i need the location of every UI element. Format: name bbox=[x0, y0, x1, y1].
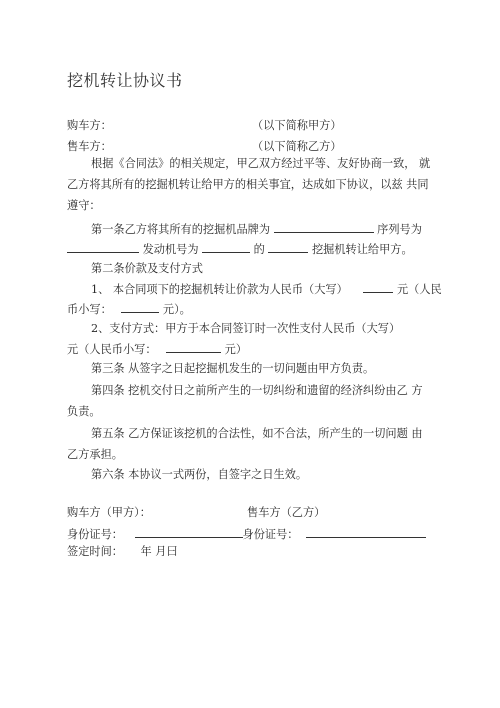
id-row: 身份证号： 身份证号： bbox=[67, 527, 426, 542]
article-2-item-2-cont: 元（人民币小写： 元） bbox=[67, 342, 247, 357]
serial-blank[interactable] bbox=[67, 242, 139, 253]
article-5-line-2: 乙方承担。 bbox=[67, 448, 123, 462]
signature-seller: 售车方（乙方） bbox=[247, 506, 325, 520]
buyer-label: 购车方： bbox=[67, 119, 112, 133]
signature-buyer: 购车方（甲方）： bbox=[67, 506, 151, 520]
serial-label: 序列号为 bbox=[377, 223, 422, 236]
buyer-id-blank[interactable] bbox=[135, 527, 243, 538]
article-5-line-1: 第五条 乙方保证该挖机的合法性，如不合法，所产生的一切问题 由 bbox=[91, 427, 423, 441]
intro-line-2: 乙方将其所有的挖掘机转让给甲方的相关事宜，达成如下协议，以兹 共同 bbox=[67, 178, 429, 192]
date-row: 签定时间： 年 月曰 bbox=[67, 545, 178, 559]
intro-line-3: 遵守： bbox=[67, 199, 101, 213]
article-4-line-2: 负责。 bbox=[67, 405, 101, 419]
article-1-text: 第一条乙方将其所有的挖掘机品牌为 bbox=[91, 223, 270, 236]
intro-line-1: 根据《合同法》的相关规定，甲乙双方经过平等、友好协商一致， 就 bbox=[91, 157, 430, 171]
price-lower-blank[interactable] bbox=[121, 302, 159, 313]
yuan-close: 元）。 bbox=[163, 303, 191, 316]
article-2-heading: 第二条价款及支付方式 bbox=[91, 262, 203, 276]
document-page: 挖机转让协议书 购车方： （以下简称甲方） 售车方： （以下简称乙方） 根据《合… bbox=[0, 0, 500, 708]
article-4-line-1: 第四条 挖机交付日之前所产生的一切纠纷和遗留的经济纠纷由乙 方 bbox=[91, 384, 423, 398]
engine-label: 发动机号为 bbox=[143, 243, 199, 256]
date-label: 签定时间： bbox=[67, 545, 123, 558]
price-text: 1、 本合同项下的挖掘机转让价款为人民币（大写） bbox=[91, 283, 348, 296]
article-2-item-2: 2、支付方式：甲方于本合同签订时一次性支付人民币（大写） bbox=[91, 322, 400, 336]
payment-lower-blank[interactable] bbox=[166, 342, 221, 353]
article-6: 第六条 本协议一式两份，自签字之日生效。 bbox=[91, 468, 307, 482]
article-1-line-1: 第一条乙方将其所有的挖掘机品牌为 序列号为 bbox=[91, 222, 422, 237]
model-blank[interactable] bbox=[268, 242, 308, 253]
seller-alias: （以下简称乙方） bbox=[252, 140, 342, 154]
seller-label: 售车方： bbox=[67, 140, 112, 154]
article-2-item-1-cont: 币小写： 元）。 bbox=[67, 302, 191, 317]
article-3: 第三条 从签字之日起挖掘机发生的一切问题由甲方负责。 bbox=[91, 362, 374, 376]
payment-yuan: 元） bbox=[225, 343, 247, 356]
transfer-text: 挖掘机转让给甲方。 bbox=[312, 243, 413, 256]
engine-blank[interactable] bbox=[202, 242, 250, 253]
yuan-label: 元（人民 bbox=[397, 283, 442, 296]
document-title: 挖机转让协议书 bbox=[67, 68, 183, 91]
price-lower-label: 币小写： bbox=[67, 303, 112, 316]
buyer-alias: （以下简称甲方） bbox=[252, 119, 342, 133]
brand-blank[interactable] bbox=[274, 222, 374, 233]
payment-lower-label: 元（人民币小写： bbox=[67, 343, 157, 356]
date-value: 年 月曰 bbox=[141, 545, 178, 558]
article-2-item-1: 1、 本合同项下的挖掘机转让价款为人民币（大写） 元（人民 bbox=[91, 282, 442, 297]
seller-id-blank[interactable] bbox=[306, 527, 426, 538]
seller-id-label: 身份证号： bbox=[243, 528, 299, 541]
article-1-line-2: 发动机号为 的 挖掘机转让给甲方。 bbox=[67, 242, 413, 257]
price-upper-blank[interactable] bbox=[363, 282, 393, 293]
buyer-id-label: 身份证号： bbox=[67, 528, 123, 541]
of-label: 的 bbox=[254, 243, 265, 256]
